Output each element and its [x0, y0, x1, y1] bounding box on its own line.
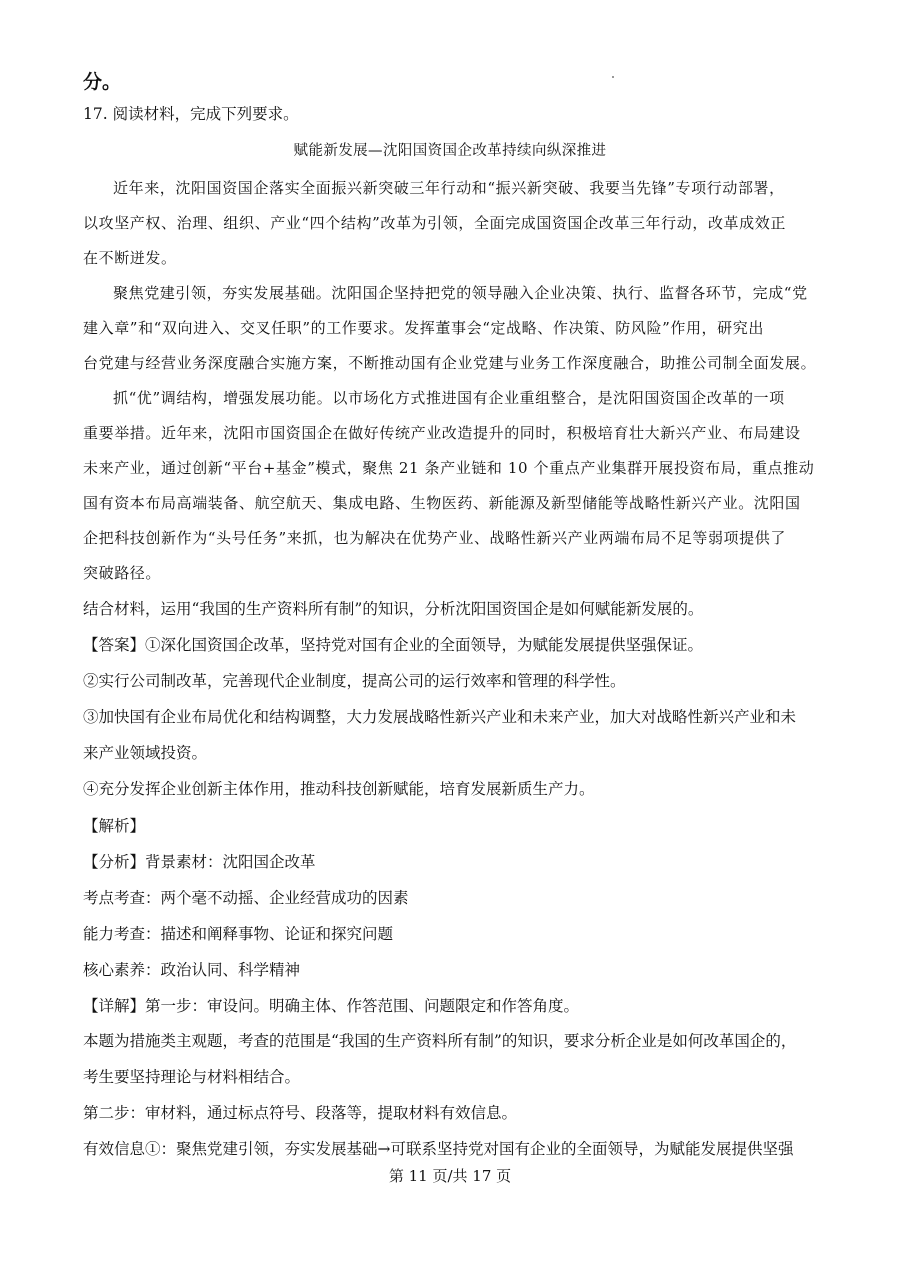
question-prompt: 结合材料，运用“我国的生产资料所有制”的知识，分析沈阳国资国企是如何赋能新发展的…	[83, 599, 703, 619]
analysis-line: 本题为措施类主观题，考查的范围是“我国的生产资料所有制”的知识，要求分析企业是如…	[83, 1031, 796, 1051]
analysis-line: 有效信息①：聚焦党建引领，夯实发展基础→可联系坚持党对国有企业的全面领导，为赋能…	[83, 1139, 794, 1159]
material-title: 赋能新发展—沈阳国资国企改革持续向纵深推进	[0, 141, 900, 161]
material-line: 以攻坚产权、治理、组织、产业“四个结构”改革为引领，全面完成国资国企改革三年行动…	[83, 213, 786, 233]
analysis-line: 核心素养：政治认同、科学精神	[83, 960, 300, 980]
analysis-line: 能力考查：描述和阐释事物、论证和探究问题	[83, 924, 393, 944]
page-number: 第 11 页/共 17 页	[0, 1166, 900, 1186]
answer-line: ④充分发挥企业创新主体作用，推动科技创新赋能，培育发展新质生产力。	[83, 779, 595, 799]
analysis-heading: 【解析】	[83, 816, 145, 836]
material-line: 企把科技创新作为“头号任务”来抓，也为解决在优势产业、战略性新兴产业两端布局不足…	[83, 528, 786, 548]
material-line: 突破路径。	[83, 563, 161, 583]
answer-line: 来产业领域投资。	[83, 743, 207, 763]
material-line: 建入章”和“双向进入、交叉任职”的工作要求。发挥董事会“定战略、作决策、防风险”…	[83, 318, 764, 338]
analysis-line: 【详解】第一步：审设问。明确主体、作答范围、问题限定和作答角度。	[83, 996, 579, 1016]
material-line: 在不断迸发。	[83, 248, 177, 268]
analysis-line: 第二步：审材料，通过标点符号、段落等，提取材料有效信息。	[83, 1103, 517, 1123]
material-line: 未来产业，通过创新“平台+基金”模式，聚焦 21 条产业链和 10 个重点产业集…	[83, 458, 814, 478]
material-line: 国有资本布局高端装备、航空航天、集成电路、生物医药、新能源及新型储能等战略性新兴…	[83, 493, 801, 513]
material-line: 台党建与经营业务深度融合实施方案，不断推动国有企业党建与业务工作深度融合，助推公…	[83, 353, 816, 373]
analysis-line: 考生要坚持理论与材料相结合。	[83, 1067, 300, 1087]
material-line: 近年来，沈阳国资国企落实全面振兴新突破三年行动和“振兴新突破、我要当先锋”专项行…	[113, 178, 785, 198]
question-heading: 17. 阅读材料，完成下列要求。	[83, 104, 299, 124]
analysis-line: 【分析】背景素材：沈阳国企改革	[83, 852, 316, 872]
analysis-line: 考点考查：两个毫不动摇、企业经营成功的因素	[83, 888, 409, 908]
answer-line: ②实行公司制改革，完善现代企业制度，提高公司的运行效率和管理的科学性。	[83, 671, 626, 691]
document-page: 分。 17. 阅读材料，完成下列要求。 赋能新发展—沈阳国资国企改革持续向纵深推…	[0, 0, 900, 1273]
continuation-text: 分。	[83, 72, 121, 92]
material-line: 抓“优”调结构，增强发展功能。以市场化方式推进国有企业重组整合，是沈阳国资国企改…	[113, 388, 785, 408]
scan-speck	[612, 76, 614, 78]
answer-line: 【答案】①深化国资国企改革，坚持党对国有企业的全面领导，为赋能发展提供坚强保证。	[83, 635, 703, 655]
material-line: 聚焦党建引领，夯实发展基础。沈阳国企坚持把党的领导融入企业决策、执行、监督各环节…	[113, 283, 808, 303]
answer-line: ③加快国有企业布局优化和结构调整，大力发展战略性新兴产业和未来产业，加大对战略性…	[83, 707, 796, 727]
material-line: 重要举措。近年来，沈阳市国资国企在做好传统产业改造提升的同时，积极培育壮大新兴产…	[83, 423, 801, 443]
